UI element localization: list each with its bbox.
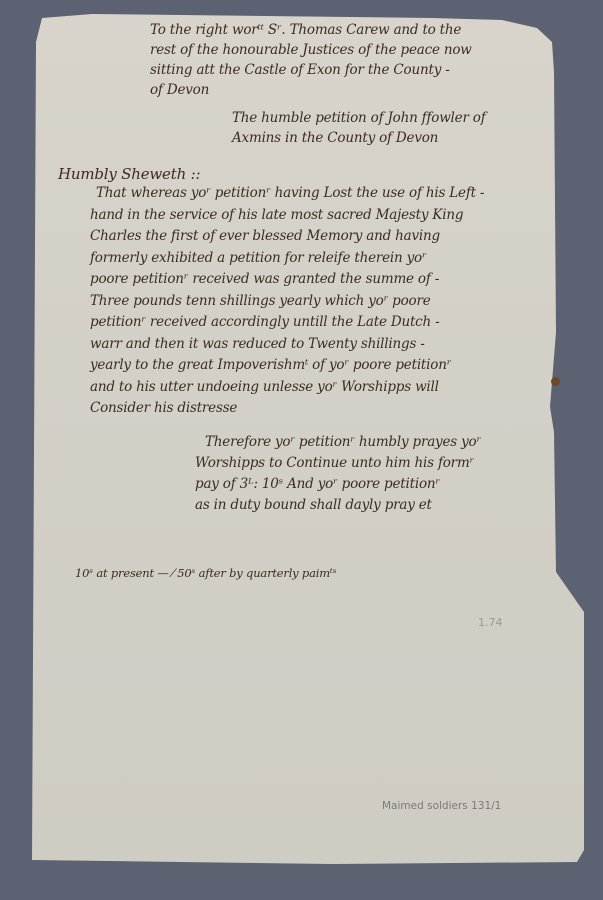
petitioner-line: The humble petition of John ffowler of: [232, 108, 486, 128]
body-line: Three pounds tenn shillings yearly which…: [90, 291, 484, 313]
body-line: petitionʳ received accordingly untill th…: [90, 312, 484, 334]
prayer-line: as in duty bound shall dayly pray et: [195, 495, 481, 516]
prayer-line: pay of 3ᴸ: 10ˢ And yoʳ poore petitionʳ: [195, 474, 481, 495]
prayer-line: Worshipps to Continue unto him his formʳ: [195, 453, 481, 474]
address-line: sitting att the Castle of Exon for the C…: [150, 60, 472, 80]
body-line: formerly exhibited a petition for releif…: [90, 248, 484, 270]
body-line: That whereas yoʳ petitionʳ having Lost t…: [96, 183, 484, 205]
prayer-block: Therefore yoʳ petitionʳ humbly prayes yo…: [205, 432, 481, 516]
petitioner-block: The humble petition of John ffowler of A…: [232, 108, 486, 148]
petitioner-line: Axmins in the County of Devon: [232, 128, 486, 148]
address-line: To the right worᵗᵗ Sʳ. Thomas Carew and …: [150, 20, 472, 40]
address-block: To the right worᵗᵗ Sʳ. Thomas Carew and …: [150, 20, 472, 100]
body-line: warr and then it was reduced to Twenty s…: [90, 334, 484, 356]
salutation: Humbly Sheweth ::: [58, 164, 200, 184]
body-line: yearly to the great Impoverishmᵗ of yoʳ …: [90, 355, 484, 377]
folio-number: 1.74: [478, 616, 503, 629]
address-line: of Devon: [150, 80, 472, 100]
body-line: hand in the service of his late most sac…: [90, 205, 484, 227]
body-line: poore petitionʳ received was granted the…: [90, 269, 484, 291]
body-line: Consider his distresse: [90, 398, 484, 420]
address-line: rest of the honourable Justices of the p…: [150, 40, 472, 60]
body-line: Charles the first of ever blessed Memory…: [90, 226, 484, 248]
endorsement-note: 10ˢ at present — ⁄ 50ˢ after by quarterl…: [75, 563, 336, 583]
archive-reference-label: Maimed soldiers 131/1: [382, 800, 501, 812]
body-line: and to his utter undoeing unlesse yoʳ Wo…: [90, 377, 484, 399]
prayer-line: Therefore yoʳ petitionʳ humbly prayes yo…: [205, 432, 481, 453]
petition-body: That whereas yoʳ petitionʳ having Lost t…: [96, 183, 484, 420]
wax-seal-mark: [551, 377, 560, 386]
